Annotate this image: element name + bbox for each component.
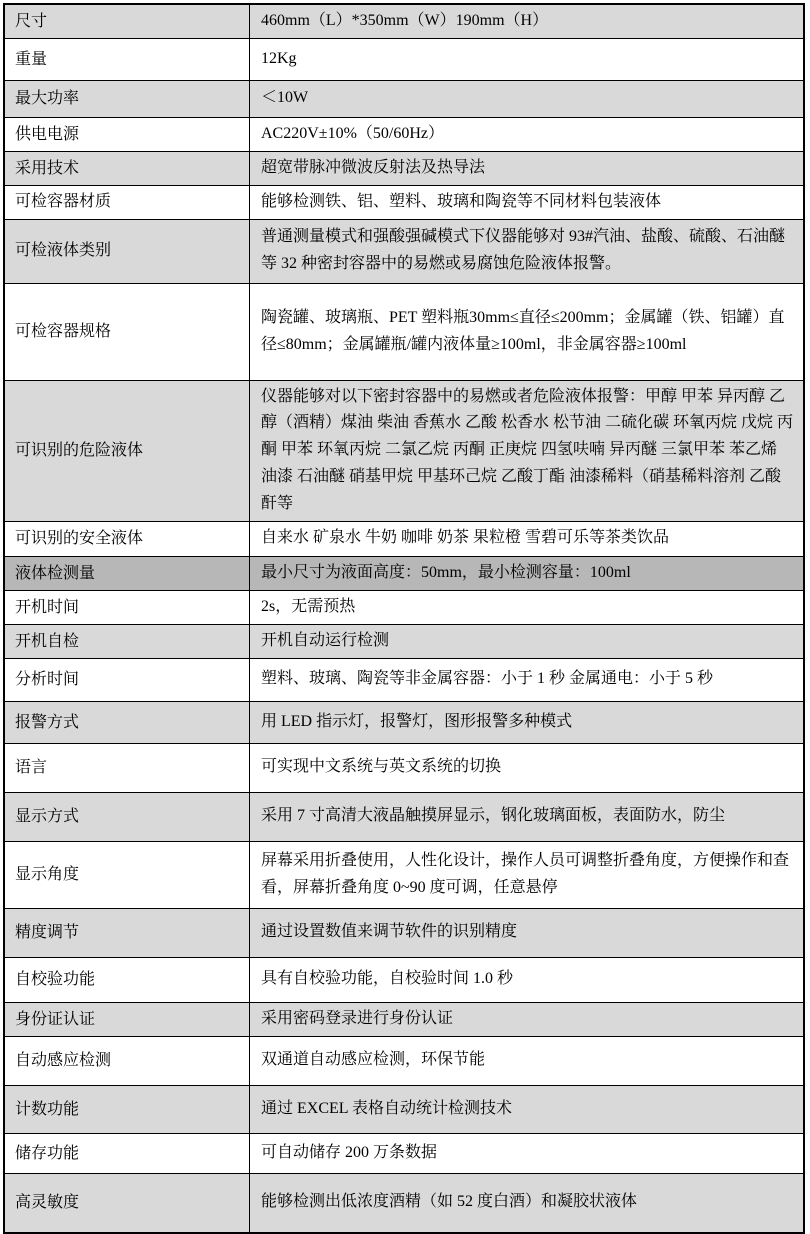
spec-table-body: 尺寸460mm（L）*350mm（W）190mm（H）重量12Kg最大功率＜10…	[4, 4, 804, 1233]
table-row: 采用技术超宽带脉冲微波反射法及热导法	[4, 151, 804, 185]
table-row: 液体检测量最小尺寸为液面高度：50mm，最小检测容量：100ml	[4, 556, 804, 590]
table-row: 显示角度屏幕采用折叠使用，人性化设计，操作人员可调整折叠角度，方便操作和查看，屏…	[4, 841, 804, 908]
spec-value: AC220V±10%（50/60Hz）	[250, 117, 805, 151]
spec-label: 可检容器材质	[4, 185, 250, 219]
table-row: 可检容器规格陶瓷罐、玻璃瓶、PET 塑料瓶30mm≤直径≤200mm；金属罐（铁…	[4, 283, 804, 380]
spec-label: 可识别的安全液体	[4, 521, 250, 556]
table-row: 储存功能可自动储存 200 万条数据	[4, 1133, 804, 1173]
spec-value: 普通测量模式和强酸强碱模式下仪器能够对 93#汽油、盐酸、硫酸、石油醚等 32 …	[250, 219, 805, 283]
spec-value: 2s，无需预热	[250, 590, 805, 624]
spec-value: 最小尺寸为液面高度：50mm，最小检测容量：100ml	[250, 556, 805, 590]
spec-value: 屏幕采用折叠使用，人性化设计，操作人员可调整折叠角度，方便操作和查看，屏幕折叠角…	[250, 841, 805, 908]
spec-label: 分析时间	[4, 658, 250, 701]
spec-label: 储存功能	[4, 1133, 250, 1173]
spec-value: 陶瓷罐、玻璃瓶、PET 塑料瓶30mm≤直径≤200mm；金属罐（铁、铝罐）直径…	[250, 283, 805, 380]
spec-label: 尺寸	[4, 4, 250, 38]
spec-label: 开机自检	[4, 624, 250, 658]
spec-label: 开机时间	[4, 590, 250, 624]
spec-label: 身份证认证	[4, 1002, 250, 1036]
spec-value: 可实现中文系统与英文系统的切换	[250, 743, 805, 792]
spec-table: 尺寸460mm（L）*350mm（W）190mm（H）重量12Kg最大功率＜10…	[3, 3, 805, 1234]
spec-label: 最大功率	[4, 80, 250, 117]
spec-label: 可识别的危险液体	[4, 380, 250, 521]
table-row: 分析时间塑料、玻璃、陶瓷等非金属容器：小于 1 秒 金属通电：小于 5 秒	[4, 658, 804, 701]
spec-label: 自校验功能	[4, 957, 250, 1002]
spec-label: 可检液体类别	[4, 219, 250, 283]
table-row: 显示方式采用 7 寸高清大液晶触摸屏显示，钢化玻璃面板，表面防水，防尘	[4, 792, 804, 841]
spec-value: 超宽带脉冲微波反射法及热导法	[250, 151, 805, 185]
spec-label: 可检容器规格	[4, 283, 250, 380]
table-row: 语言可实现中文系统与英文系统的切换	[4, 743, 804, 792]
spec-label: 重量	[4, 38, 250, 80]
spec-label: 采用技术	[4, 151, 250, 185]
spec-label: 高灵敏度	[4, 1173, 250, 1233]
table-row: 自动感应检测双通道自动感应检测，环保节能	[4, 1036, 804, 1085]
table-row: 高灵敏度能够检测出低浓度酒精（如 52 度白酒）和凝胶状液体	[4, 1173, 804, 1233]
spec-value: ＜10W	[250, 80, 805, 117]
document-page: 尺寸460mm（L）*350mm（W）190mm（H）重量12Kg最大功率＜10…	[0, 0, 810, 1230]
spec-value: 自来水 矿泉水 牛奶 咖啡 奶茶 果粒橙 雪碧可乐等茶类饮品	[250, 521, 805, 556]
spec-value: 开机自动运行检测	[250, 624, 805, 658]
spec-value: 通过设置数值来调节软件的识别精度	[250, 908, 805, 957]
table-row: 可检容器材质能够检测铁、铝、塑料、玻璃和陶瓷等不同材料包装液体	[4, 185, 804, 219]
table-row: 可检液体类别普通测量模式和强酸强碱模式下仪器能够对 93#汽油、盐酸、硫酸、石油…	[4, 219, 804, 283]
table-row: 最大功率＜10W	[4, 80, 804, 117]
spec-value: 塑料、玻璃、陶瓷等非金属容器：小于 1 秒 金属通电：小于 5 秒	[250, 658, 805, 701]
spec-value: 用 LED 指示灯，报警灯，图形报警多种模式	[250, 701, 805, 743]
table-row: 可识别的安全液体自来水 矿泉水 牛奶 咖啡 奶茶 果粒橙 雪碧可乐等茶类饮品	[4, 521, 804, 556]
table-row: 开机自检开机自动运行检测	[4, 624, 804, 658]
spec-value: 通过 EXCEL 表格自动统计检测技术	[250, 1085, 805, 1133]
spec-value: 12Kg	[250, 38, 805, 80]
spec-label: 计数功能	[4, 1085, 250, 1133]
spec-value: 具有自校验功能，自校验时间 1.0 秒	[250, 957, 805, 1002]
spec-label: 显示方式	[4, 792, 250, 841]
table-row: 身份证认证采用密码登录进行身份认证	[4, 1002, 804, 1036]
table-row: 开机时间2s，无需预热	[4, 590, 804, 624]
table-row: 可识别的危险液体仪器能够对以下密封容器中的易燃或者危险液体报警：甲醇 甲苯 异丙…	[4, 380, 804, 521]
spec-label: 显示角度	[4, 841, 250, 908]
spec-value: 双通道自动感应检测，环保节能	[250, 1036, 805, 1085]
table-row: 供电电源AC220V±10%（50/60Hz）	[4, 117, 804, 151]
table-row: 计数功能通过 EXCEL 表格自动统计检测技术	[4, 1085, 804, 1133]
spec-value: 能够检测出低浓度酒精（如 52 度白酒）和凝胶状液体	[250, 1173, 805, 1233]
table-row: 自校验功能具有自校验功能，自校验时间 1.0 秒	[4, 957, 804, 1002]
spec-value: 采用 7 寸高清大液晶触摸屏显示，钢化玻璃面板，表面防水，防尘	[250, 792, 805, 841]
table-row: 尺寸460mm（L）*350mm（W）190mm（H）	[4, 4, 804, 38]
table-row: 报警方式用 LED 指示灯，报警灯，图形报警多种模式	[4, 701, 804, 743]
spec-label: 精度调节	[4, 908, 250, 957]
spec-value: 仪器能够对以下密封容器中的易燃或者危险液体报警：甲醇 甲苯 异丙醇 乙醇（酒精）…	[250, 380, 805, 521]
table-row: 重量12Kg	[4, 38, 804, 80]
spec-label: 报警方式	[4, 701, 250, 743]
spec-label: 自动感应检测	[4, 1036, 250, 1085]
spec-label: 液体检测量	[4, 556, 250, 590]
spec-value: 可自动储存 200 万条数据	[250, 1133, 805, 1173]
spec-label: 语言	[4, 743, 250, 792]
spec-value: 460mm（L）*350mm（W）190mm（H）	[250, 4, 805, 38]
spec-value: 能够检测铁、铝、塑料、玻璃和陶瓷等不同材料包装液体	[250, 185, 805, 219]
spec-value: 采用密码登录进行身份认证	[250, 1002, 805, 1036]
spec-label: 供电电源	[4, 117, 250, 151]
table-row: 精度调节通过设置数值来调节软件的识别精度	[4, 908, 804, 957]
